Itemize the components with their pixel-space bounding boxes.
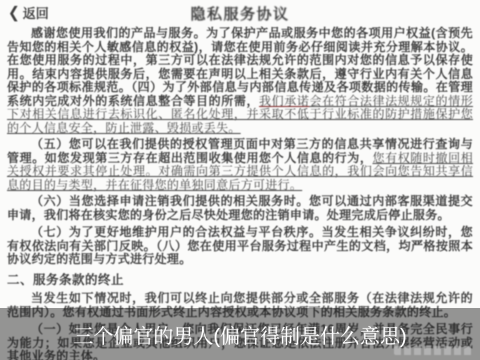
top-nav-bar: ❮ 返回 隐私服务协议 bbox=[0, 0, 480, 24]
caption-overlay: 三个偏官的男人(偏官得制是什么意思) bbox=[0, 308, 480, 360]
underlined-text-red: 我们承诺 bbox=[259, 94, 309, 108]
agreement-paragraph-3: （六）当您选择申请注销我们提供的相关服务时。您可以通过内部客服渠道提交申请，我们… bbox=[7, 195, 473, 222]
back-button[interactable]: ❮ 返回 bbox=[0, 3, 49, 22]
agreement-paragraph-1: 感谢您使用我们的产品与服务。为了保护产品或服务中您的各项用户权益(含预先告知您的… bbox=[7, 27, 473, 135]
page-title: 隐私服务协议 bbox=[190, 3, 289, 24]
back-button-label: 返回 bbox=[23, 3, 49, 22]
clause-marker-4: （四） bbox=[131, 80, 162, 94]
agreement-page: ❮ 返回 隐私服务协议 感谢您使用我们的产品与服务。为了保护产品或服务中您的各项… bbox=[0, 0, 480, 360]
clause-marker-5: （五） bbox=[31, 137, 69, 151]
agreement-paragraph-4: （七）为了更好地维护用户的合法权益与平台秩序。当发生相关争议纠纷时，您有权依法向… bbox=[7, 226, 473, 267]
agreement-paragraph-2: （五）您可以在我们提供的授权管理页面中对第三方的信息共享情况进行查询与管理。如您… bbox=[7, 138, 473, 192]
section-heading: 二、服务条款的终止 bbox=[7, 274, 473, 288]
caption-text: 三个偏官的男人(偏官得制是什么意思) bbox=[73, 320, 406, 349]
chevron-left-icon: ❮ bbox=[8, 4, 20, 19]
watermark-logo bbox=[394, 346, 472, 355]
